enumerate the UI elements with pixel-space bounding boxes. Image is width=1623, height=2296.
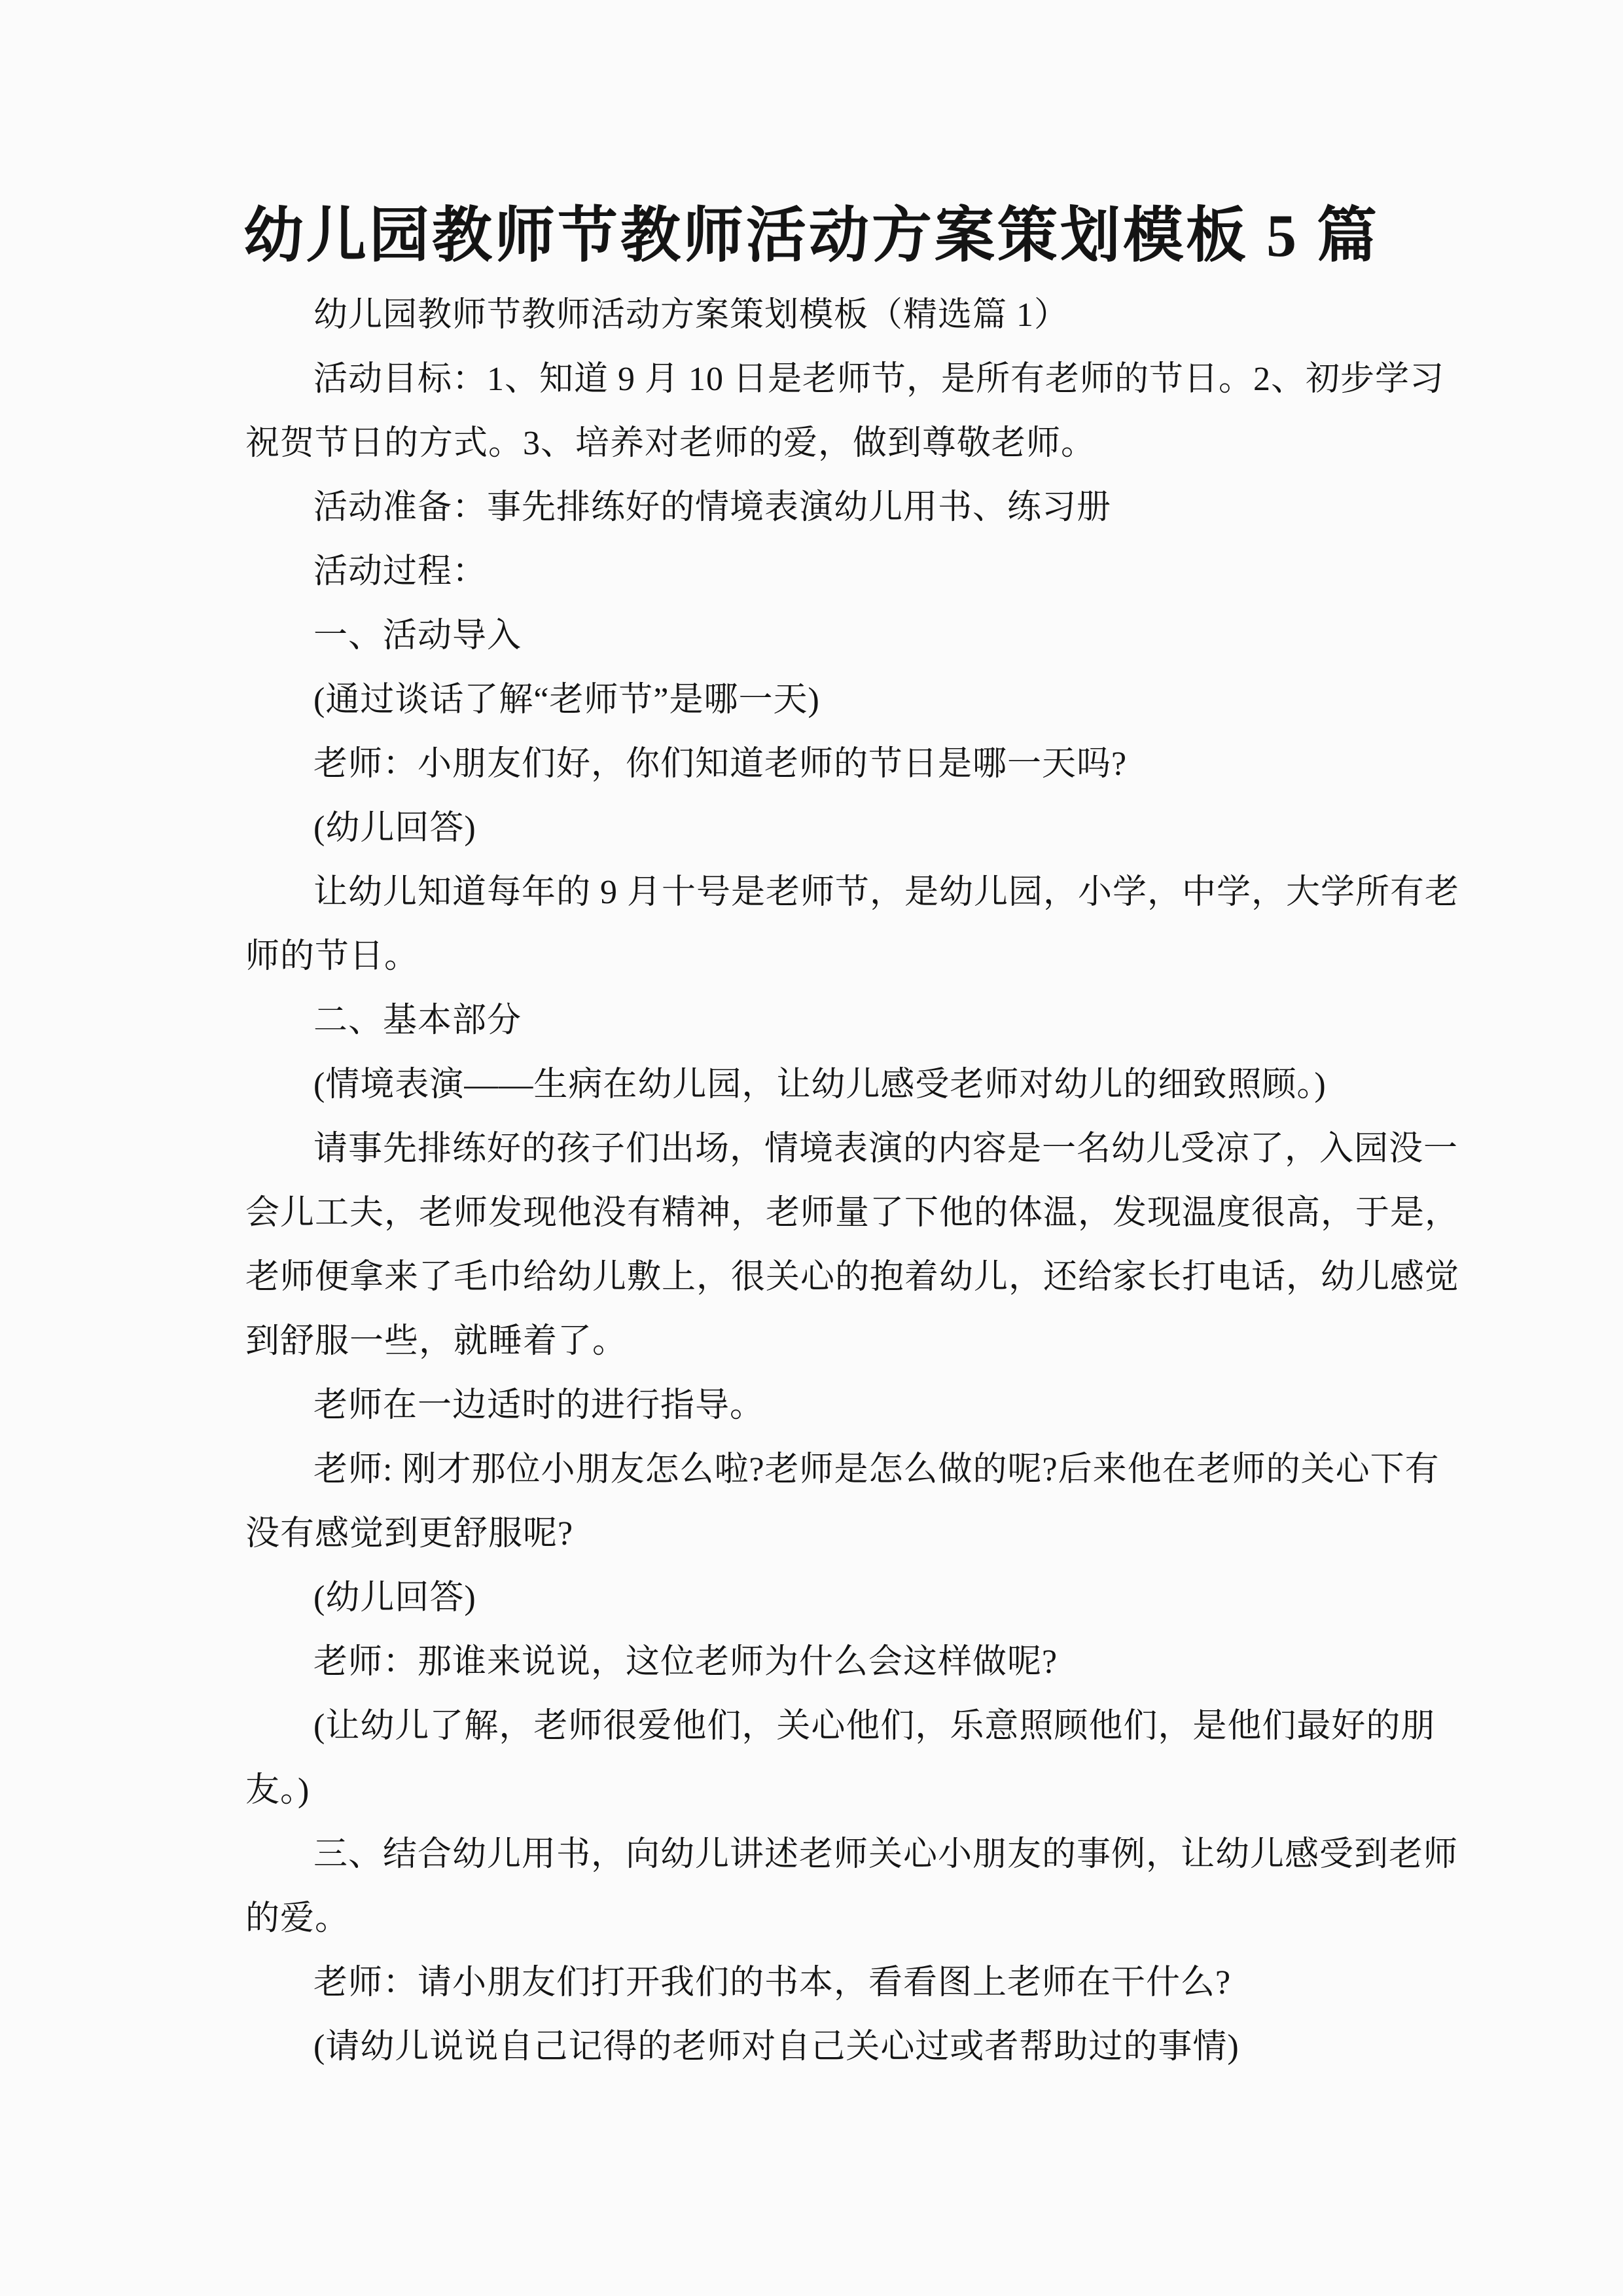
text-line: (幼儿回答) [245,797,1396,861]
text-line: 到舒服一些，就睡着了。 [245,1310,1396,1374]
document-title: 幼儿园教师节教师活动方案策划模板 5 篇 [0,206,1623,266]
text-line: 活动目标：1、知道 9 月 10 日是老师节，是所有老师的节日。2、初步学习 [245,348,1396,412]
text-line: (请幼儿说说自己记得的老师对自己关心过或者帮助过的事情) [245,2015,1396,2079]
text-line: 一、活动导入 [245,604,1396,668]
text-line: 活动准备：事先排练好的情境表演幼儿用书、练习册 [245,476,1396,540]
text-line: 老师在一边适时的进行指导。 [245,1374,1396,1438]
text-line: (通过谈话了解“老师节”是哪一天) [245,668,1396,732]
document-body: 幼儿园教师节教师活动方案策划模板（精选篇 1） 活动目标：1、知道 9 月 10… [245,283,1396,2079]
text-line: 老师：那谁来说说，这位老师为什么会这样做呢? [245,1630,1396,1695]
text-line: 老师便拿来了毛巾给幼儿敷上，很关心的抱着幼儿，还给家长打电话，幼儿感觉 [245,1246,1396,1310]
text-line: 活动过程： [245,540,1396,604]
text-line: 三、结合幼儿用书，向幼儿讲述老师关心小朋友的事例，让幼儿感受到老师 [245,1823,1396,1887]
text-line: 友。) [245,1759,1396,1823]
text-line: 祝贺节日的方式。3、培养对老师的爱，做到尊敬老师。 [245,412,1396,476]
text-line: 会儿工夫，老师发现他没有精神，老师量了下他的体温，发现温度很高，于是， [245,1181,1396,1246]
text-line: 让幼儿知道每年的 9 月十号是老师节，是幼儿园，小学，中学，大学所有老 [245,861,1396,925]
text-line: 幼儿园教师节教师活动方案策划模板（精选篇 1） [245,283,1396,348]
text-line: 的爱。 [245,1887,1396,1951]
text-line: (让幼儿了解，老师很爱他们，关心他们，乐意照顾他们，是他们最好的朋 [245,1695,1396,1759]
text-line: 老师：小朋友们好，你们知道老师的节日是哪一天吗? [245,732,1396,797]
text-line: 二、基本部分 [245,989,1396,1053]
text-line: 老师: 刚才那位小朋友怎么啦?老师是怎么做的呢?后来他在老师的关心下有 [245,1438,1396,1502]
text-line: (情境表演——生病在幼儿园，让幼儿感受老师对幼儿的细致照顾。) [245,1053,1396,1117]
text-line: 没有感觉到更舒服呢? [245,1502,1396,1566]
document-page: 幼儿园教师节教师活动方案策划模板 5 篇 幼儿园教师节教师活动方案策划模板（精选… [0,0,1623,2296]
text-line: 师的节日。 [245,925,1396,989]
text-line: 老师：请小朋友们打开我们的书本，看看图上老师在干什么? [245,1951,1396,2015]
text-line: 请事先排练好的孩子们出场，情境表演的内容是一名幼儿受凉了，入园没一 [245,1117,1396,1181]
text-line: (幼儿回答) [245,1566,1396,1630]
